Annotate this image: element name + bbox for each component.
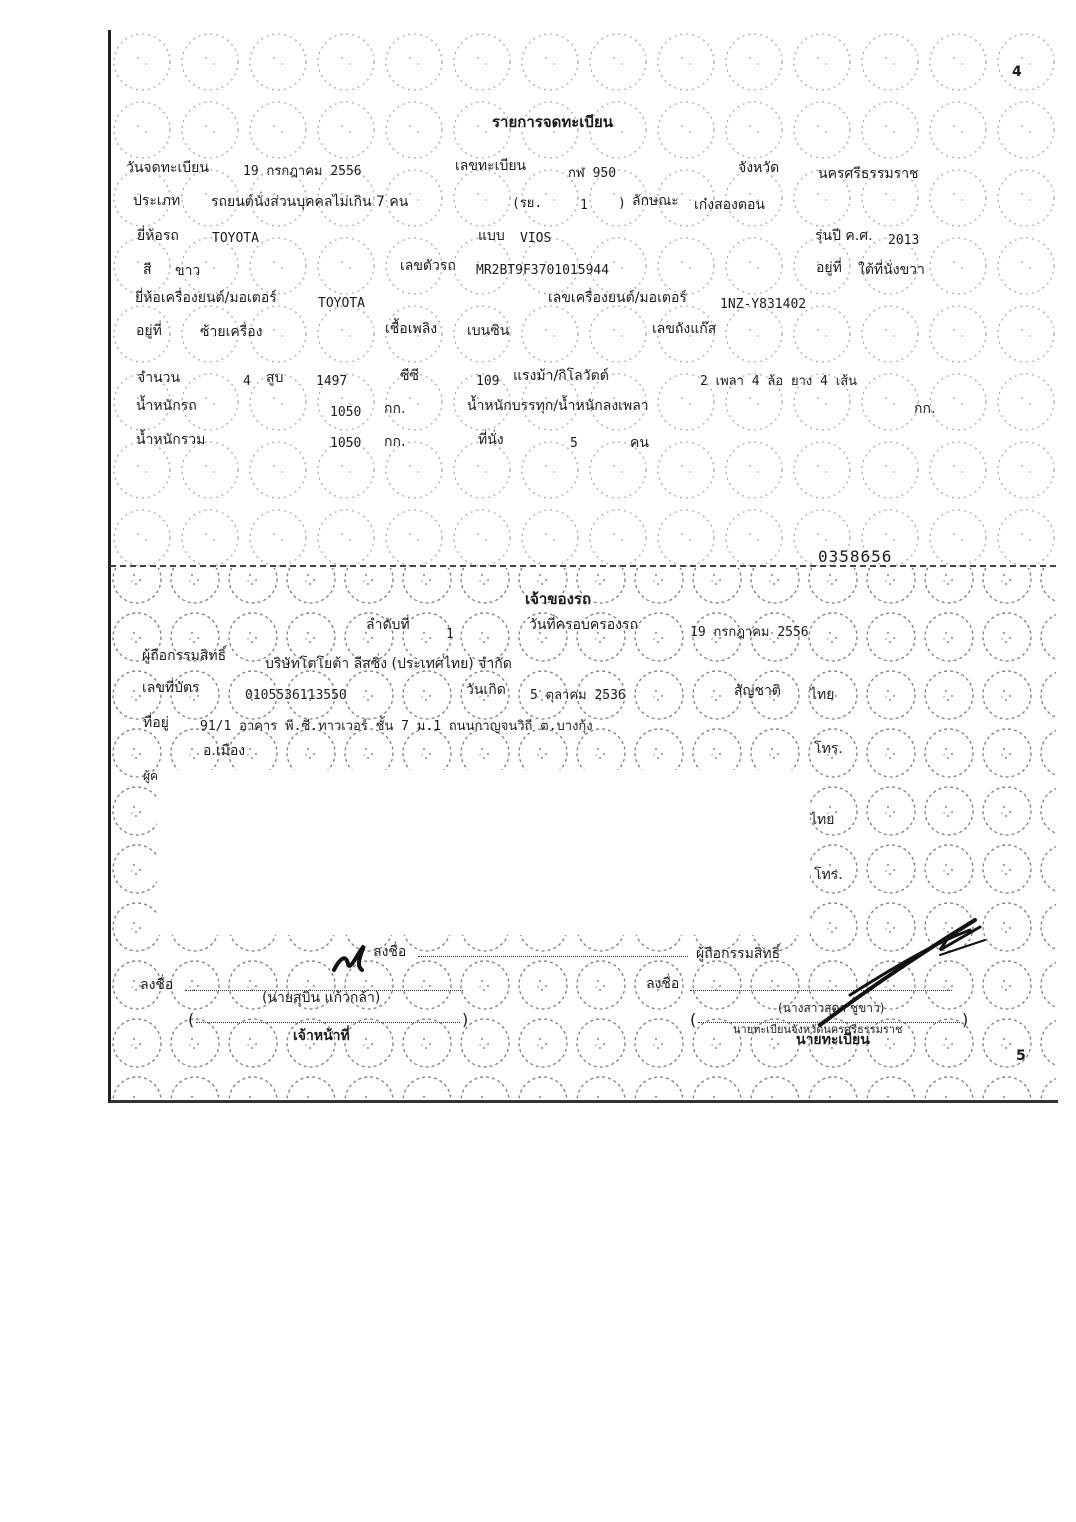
province-label: จังหวัด: [738, 160, 779, 176]
color-label: สี: [143, 262, 152, 278]
owner-title: เจ้าของรถ: [525, 587, 591, 611]
possessor-nationality: ไทย: [810, 812, 834, 828]
model: VIOS: [520, 231, 551, 247]
possessor-tel-label: โทร.: [814, 867, 843, 883]
holder-signature-mark: [330, 940, 375, 980]
holder-sign-line: [418, 956, 688, 957]
cylinders: 4: [243, 374, 251, 390]
seats-label: ที่นั่ง: [478, 432, 504, 448]
vin-location-label: อยู่ที่: [816, 260, 842, 276]
registrar-role: นายทะเบียน: [796, 1032, 870, 1048]
holder: บริษัทโตโยต้า ลีสซิ่ง (ประเทศไทย) จำกัด: [265, 656, 512, 672]
displacement: 1497: [316, 374, 347, 390]
brand-label: ยี่ห้อรถ: [137, 228, 179, 244]
province: นครศรีธรรมราช: [818, 166, 919, 182]
officer-name-line: [196, 1022, 460, 1023]
cc-label: ซีซี: [400, 368, 419, 384]
engine-brand: TOYOTA: [318, 296, 365, 312]
redacted-area: [157, 770, 810, 935]
engine-no: 1NZ-Y831402: [720, 297, 806, 313]
id-number: 0105536113550: [245, 688, 347, 704]
page-number-bottom: 5: [1016, 1048, 1026, 1064]
gross-weight-label: น้ำหนักรวม: [136, 432, 205, 448]
section-divider: [110, 565, 1056, 567]
count-label: จำนวน: [137, 370, 180, 386]
birth-label: วันเกิด: [466, 682, 506, 698]
holder-sign-role: ผู้ถือกรรมสิทธิ์: [696, 946, 780, 962]
weight-unit: กก.: [384, 401, 405, 417]
registration-title: รายการจดทะเบียน: [492, 110, 613, 134]
type-label: ประเภท: [133, 193, 180, 209]
fuel-label: เชื้อเพลิง: [385, 321, 437, 337]
reg-date: 19 กรกฎาคม 2556: [243, 164, 362, 180]
page-number-top: 4: [1012, 64, 1022, 80]
axles-wheels: 2 เพลา 4 ล้อ ยาง 4 เส้น: [700, 374, 857, 390]
brand: TOYOTA: [212, 231, 259, 247]
plate-label: เลขทะเบียน: [455, 158, 526, 174]
body-style: เก๋งสองตอน: [694, 197, 765, 213]
registrar-sign-label: ลงชื่อ: [646, 976, 679, 992]
id-label: เลขที่บัตร: [142, 680, 200, 696]
cylinder-label: สูบ: [266, 370, 283, 386]
load-unit: กก.: [914, 401, 935, 417]
vin-location: ใต้ที่นั่งขวา: [858, 262, 925, 278]
weight-label: น้ำหนักรถ: [136, 398, 197, 414]
hp-label: แรงม้า/กิโลวัตต์: [513, 368, 609, 384]
document-serial: 0358656: [818, 549, 892, 565]
address-label: ที่อยู่: [143, 715, 169, 731]
rye-number: 1: [580, 198, 588, 214]
holder-sign-label: ลงชื่อ: [373, 944, 406, 960]
load-label: น้ำหนักบรรทุก/น้ำหนักลงเพลา: [467, 398, 649, 414]
seq-label: ลำดับที่: [366, 617, 410, 633]
gas-tank-label: เลขถังแก๊ส: [652, 321, 716, 337]
officer-name: (นายสุบิน แก้วกล้า): [262, 990, 380, 1006]
possess-date: 19 กรกฎาคม 2556: [690, 625, 809, 641]
address: 91/1 อาคาร พี.ซี.ทาวเวอร์ ชั้น 7 ม.1 ถนน…: [200, 719, 593, 735]
seq: 1: [446, 627, 454, 643]
vin-label: เลขตัวรถ: [400, 258, 456, 274]
paren-close: ): [462, 1010, 468, 1029]
year-label: รุ่นปี ค.ศ.: [815, 228, 873, 244]
engine-location: ซ้ายเครื่อง: [200, 324, 262, 340]
color: ขาว: [175, 263, 200, 279]
paren-open-2: (: [690, 1010, 696, 1029]
officer-sign-label: ลงชื่อ: [140, 977, 173, 993]
fuel: เบนซิน: [467, 323, 509, 339]
seats: 5: [570, 436, 578, 452]
engine-brand-label: ยี่ห้อเครื่องยนต์/มอเตอร์: [135, 290, 277, 306]
weight: 1050: [330, 405, 361, 421]
paren-open: (: [188, 1010, 194, 1029]
address-line2: อ.เมือง: [203, 743, 245, 759]
engine-no-label: เลขเครื่องยนต์/มอเตอร์: [548, 290, 687, 306]
possess-date-label: วันที่ครอบครองรถ: [529, 617, 638, 633]
vin: MR2BT9F3701015944: [476, 263, 609, 279]
plate: กฬ 950: [568, 166, 616, 182]
gross-weight: 1050: [330, 436, 361, 452]
bottom-border: [110, 1100, 1058, 1103]
rye-close: ): [618, 196, 626, 212]
seats-unit: คน: [630, 435, 649, 451]
tel-label: โทร.: [814, 741, 843, 757]
vehicle-type: รถยนต์นั่งส่วนบุคคลไม่เกิน 7 คน: [211, 194, 408, 210]
nationality: ไทย: [810, 687, 834, 703]
body-label: ลักษณะ: [632, 193, 679, 209]
horsepower: 109: [476, 374, 499, 390]
officer-role: เจ้าหน้าที่: [293, 1028, 350, 1044]
engine-location-label: อยู่ที่: [136, 323, 162, 339]
holder-label: ผู้ถือกรรมสิทธิ์: [142, 648, 226, 664]
nationality-label: สัญชาติ: [734, 683, 781, 699]
rye-label: (รย.: [512, 196, 542, 212]
model-label: แบบ: [478, 228, 505, 244]
model-year: 2013: [888, 233, 919, 249]
registrar-signature-mark: [800, 915, 990, 1030]
reg-date-label: วันจดทะเบียน: [126, 160, 209, 176]
birth-date: 5 ตุลาคม 2536: [530, 688, 626, 704]
gross-weight-unit: กก.: [384, 434, 405, 450]
